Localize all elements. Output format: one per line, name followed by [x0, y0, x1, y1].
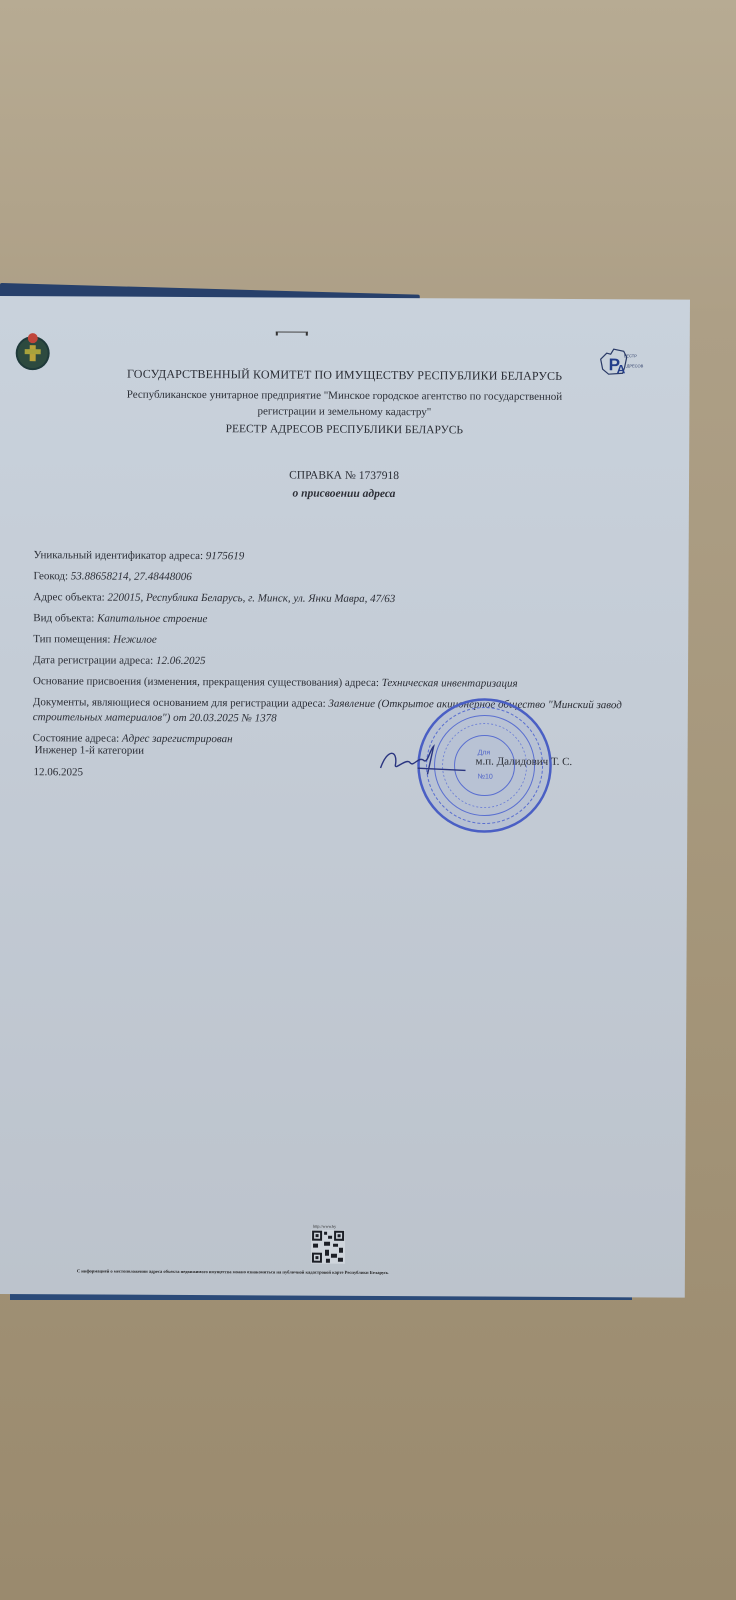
field-label: Дата регистрации адреса:: [33, 654, 156, 667]
field-value: 220015, Республика Беларусь, г. Минск, у…: [107, 592, 395, 606]
certificate-subject: о присвоении адреса: [0, 486, 689, 502]
field-label: Вид объекта:: [33, 612, 97, 624]
qr-caption: http://www.by: [313, 1224, 336, 1229]
field-label: Состояние адреса:: [33, 732, 122, 744]
field-value: Техническая инвентаризация: [382, 677, 518, 690]
field-value: 12.06.2025: [156, 655, 206, 667]
document-title: СПРАВКА № 1737918 о присвоении адреса: [0, 468, 689, 502]
svg-text:ДРЕСОВ: ДРЕСОВ: [627, 363, 644, 368]
field-label: Адрес объекта:: [33, 591, 107, 603]
svg-text:№10: №10: [477, 774, 492, 781]
committee-name: ГОСУДАРСТВЕННЫЙ КОМИТЕТ ПО ИМУЩЕСТВУ РЕС…: [0, 366, 690, 385]
certificate-number: СПРАВКА № 1737918: [0, 468, 689, 484]
enterprise-name: Республиканское унитарное предприятие "М…: [109, 387, 579, 421]
field-value: Нежилое: [113, 634, 157, 646]
field-value: Адрес зарегистрирован: [122, 733, 233, 746]
field-value: 53.88658214, 27.48448006: [71, 570, 192, 583]
document-page: P A ЕЕСТР ДРЕСОВ ГОСУДАРСТВЕННЫЙ КОМИТЕТ…: [0, 296, 690, 1298]
qr-code-icon[interactable]: [311, 1230, 345, 1264]
field-basis-documents: Документы, являющиеся основанием для рег…: [33, 692, 683, 731]
field-label: Основание присвоения (изменения, прекращ…: [33, 675, 382, 689]
field-label: Документы, являющиеся основанием для рег…: [33, 696, 329, 710]
svg-text:ЕЕСТР: ЕЕСТР: [624, 353, 638, 358]
signer-position: Инженер 1-й категории: [35, 744, 145, 757]
staple-icon: [276, 331, 308, 335]
signature-date: 12.06.2025: [33, 766, 83, 778]
cadastral-map-note: С информацией о местоположении адреса об…: [77, 1268, 597, 1276]
field-label: Уникальный идентификатор адреса:: [34, 549, 206, 562]
registry-name: РЕЕСТР АДРЕСОВ РЕСПУБЛИКИ БЕЛАРУСЬ: [0, 422, 689, 438]
field-value: 9175619: [206, 550, 245, 562]
field-label: Геокод:: [34, 570, 71, 582]
state-emblem-icon: [12, 329, 54, 371]
address-fields: Уникальный идентификатор адреса: 9175619…: [33, 545, 684, 752]
signer-name: м.п. Далидович Т. С.: [476, 755, 573, 768]
field-label: Тип помещения:: [33, 633, 113, 645]
document-header: ГОСУДАРСТВЕННЫЙ КОМИТЕТ ПО ИМУЩЕСТВУ РЕС…: [0, 366, 690, 438]
field-value: Капитальное строение: [97, 613, 207, 626]
handwritten-signature-icon: [377, 738, 467, 778]
field-assignment-basis: Основание присвоения (изменения, прекращ…: [33, 671, 683, 695]
